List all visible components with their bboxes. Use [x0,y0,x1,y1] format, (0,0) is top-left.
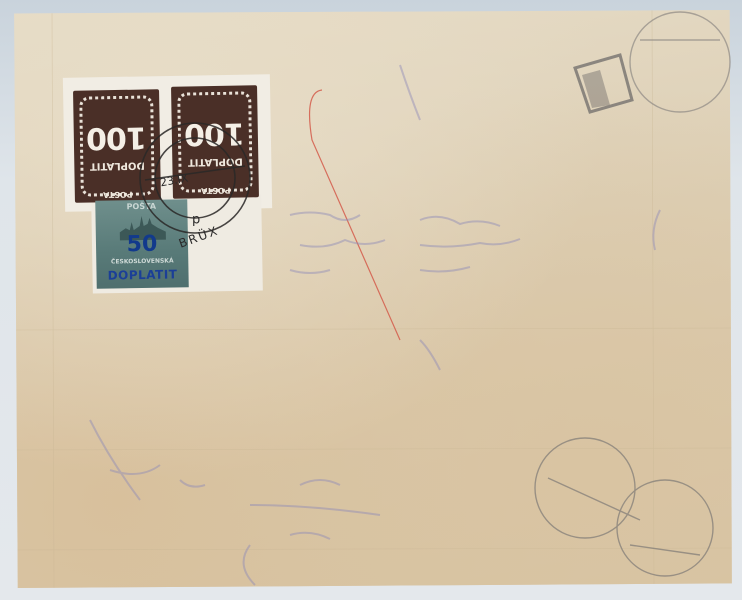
stamp-value: 100 [172,115,259,151]
hradcany-overprint-stamp: POŠTA 50 ČESKOSLOVENSKÁ DOPLATIT [95,199,189,289]
stamp-top-word: POŠTA [95,201,187,212]
postage-due-stamp-1: 100 DOPLATIT POSTA [73,89,161,202]
overprint-label: DOPLATIT [96,267,188,283]
stamp-country: ČESKOSLOVENSKÁ [96,257,188,266]
stamp-label: DOPLATIT [74,159,160,171]
overprint-value: 50 [96,231,188,258]
stamp-top-word: POSTA [75,189,161,199]
stamp-label: DOPLATIT [172,155,258,167]
stamp-top-word: POSTA [173,185,259,195]
stamp-value: 100 [74,119,161,155]
postmark-letter: d [192,212,200,227]
